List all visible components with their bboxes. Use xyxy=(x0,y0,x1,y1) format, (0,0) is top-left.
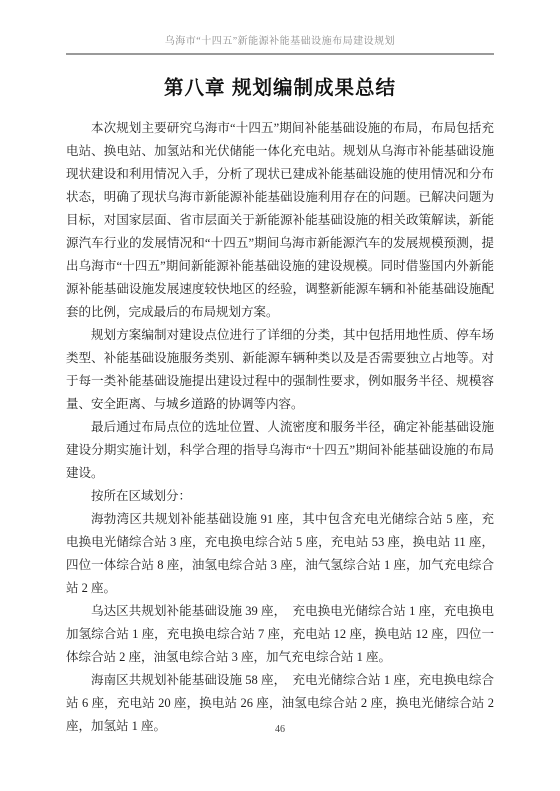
paragraph-overview: 本次规划主要研究乌海市“十四五”期间补能基础设施的布局，布局包括充电站、换电站、… xyxy=(66,117,494,324)
paragraph-haibowan-district: 海勃湾区共规划补能基础设施 91 座，其中包含充电光储综合站 5 座，充电换电光… xyxy=(66,508,494,600)
running-header: 乌海市“十四五”新能源补能基础设施布局建设规划 xyxy=(66,0,494,55)
page-number: 46 xyxy=(0,724,560,736)
document-page: 乌海市“十四五”新能源补能基础设施布局建设规划 第八章 规划编制成果总结 本次规… xyxy=(0,0,560,791)
paragraph-classification: 规划方案编制对建设点位进行了详细的分类，其中包括用地性质、停车场类型、补能基础设… xyxy=(66,324,494,416)
paragraph-wuda-district: 乌达区共规划补能基础设施 39 座， 充电换电光储综合站 1 座，充电换电加氢综… xyxy=(66,600,494,669)
chapter-title: 第八章 规划编制成果总结 xyxy=(66,75,494,101)
paragraph-region-division-label: 按所在区域划分： xyxy=(66,485,494,508)
paragraph-implementation: 最后通过布局点位的选址位置、人流密度和服务半径，确定补能基础设施建设分期实施计划… xyxy=(66,416,494,485)
document-body: 本次规划主要研究乌海市“十四五”期间补能基础设施的布局，布局包括充电站、换电站、… xyxy=(66,117,494,738)
